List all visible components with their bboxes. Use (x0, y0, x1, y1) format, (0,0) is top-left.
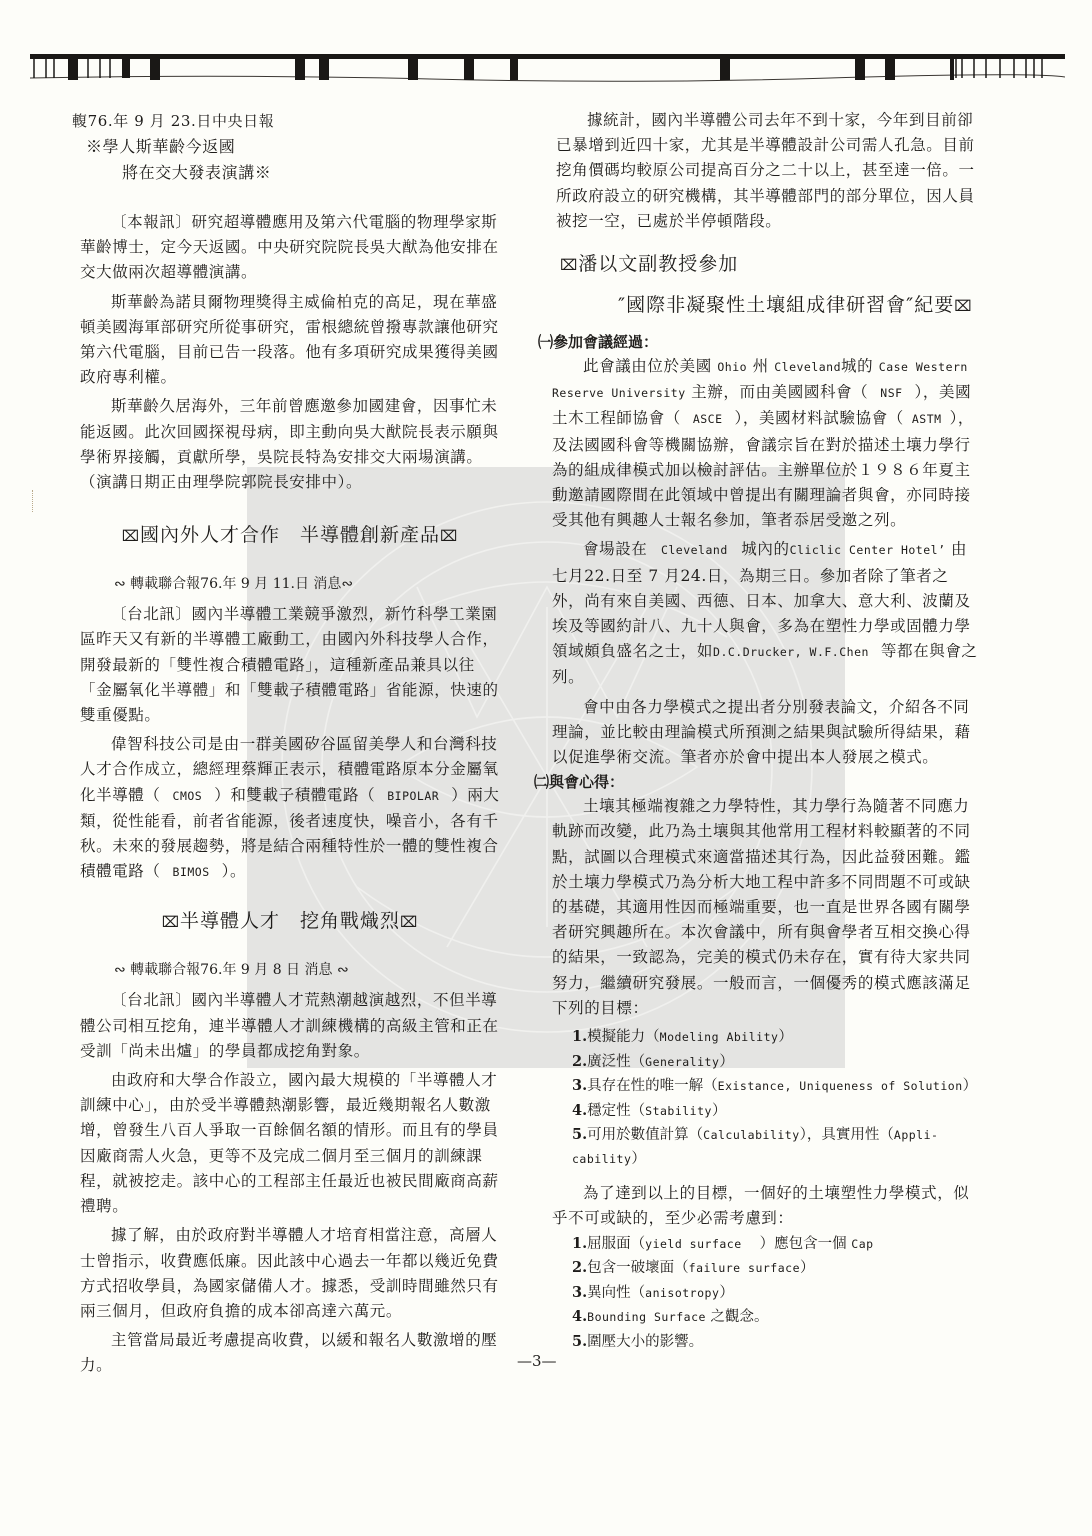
article-byline: ∾ 轉載聯合報76.年 9 月 11.日 消息∾ (114, 572, 500, 596)
margin-mark (32, 490, 37, 512)
ornament-icon: ⌧ (954, 292, 972, 320)
ornament-icon: ⌧ (122, 522, 140, 550)
term-bipolar: BIPOLAR (375, 789, 451, 803)
goals-list: 1.模擬能力（Modeling Ability） 2.廣泛性（Generalit… (540, 1025, 980, 1171)
article-star-scholar: 輹76.年 9 月 23.日中央日報 ※學人斯華齡今返國 將在交大發表演講※ 〔… (80, 108, 500, 495)
article-paragraph: 偉智科技公司是由一群美國矽谷區留美學人和台灣科技人才合作成立，總經理蔡輝正表示，… (80, 732, 500, 885)
term-bimos: BIMOS (161, 865, 222, 879)
article-paragraph: （演講日期正由理學院郭院長安排中）。 (80, 470, 500, 495)
article-paragraph: 主管當局最近考慮提高收費，以緩和報名人數激增的壓力。 (80, 1328, 500, 1378)
requirements-list: 1.屈服面（yield surface）應包含一個 Cap 2.包含一破壞面（f… (540, 1232, 980, 1355)
article-semiconductor-products: ⌧國內外人才合作 半導體創新產品⌧ ∾ 轉載聯合報76.年 9 月 11.日 消… (80, 521, 500, 885)
ornament-icon: ⌧ (162, 908, 180, 936)
goal-item: 2.廣泛性（Generality） (572, 1050, 980, 1075)
article-paragraph: 為了達到以上的目標，一個好的土壤塑性力學模式，似乎不可或缺的，至少必需考慮到： (552, 1181, 980, 1231)
requirement-item: 2.包含一破壞面（failure surface） (572, 1256, 980, 1281)
article-headline-line1: ※學人斯華齡今返國 (86, 134, 500, 160)
article-paragraph: 由政府和大學合作設立，國內最大規模的「半導體人才訓練中心」，由於受半導體熱潮影響… (80, 1068, 500, 1219)
ornament-icon: ⌧ (560, 251, 578, 279)
article-paragraph: 〔台北訊〕國內半導體工業競爭激烈，新竹科學工業園區昨天又有新的半導體工廠動工，由… (80, 602, 500, 728)
requirement-item: 1.屈服面（yield surface）應包含一個 Cap (572, 1232, 980, 1257)
article-title: ⌧國內外人才合作 半導體創新產品⌧ (80, 521, 500, 550)
ornament-icon: ⌧ (400, 908, 418, 936)
article-talent-poaching: ⌧半導體人才 挖角戰熾烈⌧ ∾ 轉載聯合報76.年 9 月 8 日 消息 ∾ 〔… (80, 907, 500, 1378)
goal-item: 4.穩定性（Stability） (572, 1099, 980, 1124)
article-paragraph: 〔本報訊〕研究超導體應用及第六代電腦的物理學家斯華齡博士，定今天返國。中央研究院… (80, 210, 500, 286)
article-byline: ∾ 轉載聯合報76.年 9 月 8 日 消息 ∾ (114, 958, 500, 982)
article-soil-workshop: ⌧潘以文副教授參加 ″國際非凝聚性土壤組成律研習會″紀要⌧ ㈠參加會議經過： 此… (540, 250, 980, 1354)
page-number: —3— (517, 1352, 557, 1370)
term-cmos: CMOS (161, 789, 215, 803)
goal-item: 3.具存在性的唯一解（Existance, Uniqueness of Solu… (572, 1074, 980, 1099)
article-paragraph: 會中由各力學模式之提出者分別發表論文，介紹各不同理論，並比較由理論模式所預測之結… (552, 695, 980, 771)
goal-item: 1.模擬能力（Modeling Ability） (572, 1025, 980, 1050)
requirement-item: 5.圍壓大小的影響。 (572, 1330, 980, 1355)
article-title: ⌧半導體人才 挖角戰熾烈⌧ (80, 907, 500, 936)
left-column: 輹76.年 9 月 23.日中央日報 ※學人斯華齡今返國 將在交大發表演講※ 〔… (80, 108, 500, 1379)
article-source: 輹76.年 9 月 23.日中央日報 (72, 108, 500, 134)
article-paragraph: 會場設在 Cleveland 城內的Cliclic Center Hotel’ … (552, 537, 980, 690)
section-heading-reflections: ㈡與會心得： (534, 770, 980, 794)
requirement-item: 3.異向性（anisotropy） (572, 1281, 980, 1306)
article-paragraph: 據了解，由於政府對半導體人才培育相當注意，高層人士曾指示，收費應低廉。因此該中心… (80, 1223, 500, 1324)
header-decorative-rule (30, 52, 1065, 84)
article-headline-line2: 將在交大發表演講※ (122, 160, 500, 186)
goal-item: 5.可用於數值計算（Calculability），具實用性（Appli-cabi… (572, 1123, 980, 1171)
article-continuation: 據統計，國內半導體公司去年不到十家，今年到目前卻已暴增到近四十家，尤其是半導體設… (556, 108, 980, 234)
article-title-line1: ⌧潘以文副教授參加 (560, 250, 980, 279)
article-paragraph: 〔台北訊〕國內半導體人才荒熱潮越演越烈，不但半導體公司相互挖角，連半導體人才訓練… (80, 988, 500, 1064)
article-paragraph: 此會議由位於美國 Ohio 州 Cleveland城的 Case Western… (552, 354, 980, 533)
section-heading-proceedings: ㈠參加會議經過： (538, 330, 980, 354)
right-column: 據統計，國內半導體公司去年不到十家，今年到目前卻已暴增到近四十家，尤其是半導體設… (540, 108, 980, 1354)
article-paragraph: 土壤其極端複雜之力學特性，其力學行為隨著不同應力軌跡而改變，此乃為土壤與其他常用… (552, 794, 980, 1021)
article-paragraph: 斯華齡久居海外，三年前曾應邀參加國建會，因事忙未能返國。此次回國探視母病，即主動… (80, 394, 500, 470)
ornament-icon: ⌧ (440, 522, 458, 550)
requirement-item: 4.Bounding Surface 之觀念。 (572, 1305, 980, 1330)
article-paragraph: 斯華齡為諾貝爾物理獎得主威倫柏克的高足，現在華盛頓美國海軍部研究所從事研究，雷根… (80, 290, 500, 391)
article-title-line2: ″國際非凝聚性土壤組成律研習會″紀要⌧ (618, 291, 980, 320)
